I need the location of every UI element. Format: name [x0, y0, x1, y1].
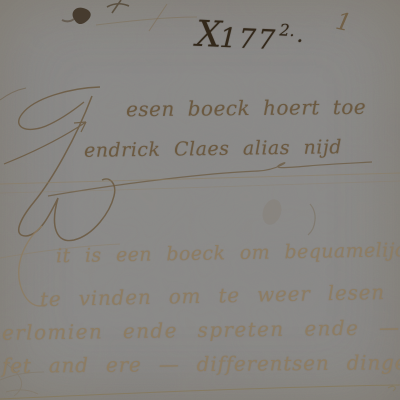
smudge — [259, 197, 284, 227]
description-line-1: it is een boeck om bequamelijcke — [56, 239, 400, 268]
ownership-line-1: esen boeck hoert toe — [126, 95, 366, 122]
description-line-3: erlomien ende spreten ende — — [2, 315, 400, 345]
description-line-4: fet and ere — differentsen dinge — [2, 350, 400, 378]
crease-end-curl — [388, 386, 395, 391]
smudge-stroke — [308, 204, 315, 235]
inscription-prefix: X — [195, 14, 220, 56]
ink-blot — [73, 8, 91, 24]
ownership-line-2: endrick Claes alias nijd — [84, 136, 342, 162]
initial-h-flourish — [0, 87, 115, 241]
crease-line-bottom — [0, 385, 400, 399]
inscription-superscript: 2. — [279, 20, 295, 40]
inscription-dot: · — [296, 29, 304, 54]
header-inscription: X1772.· — [195, 14, 300, 59]
crease-line-mid — [0, 181, 400, 193]
description-line-2: te vinden om te weer lesen aen — [40, 279, 400, 311]
cross-mark — [96, 4, 197, 31]
crease-line-top — [0, 173, 400, 184]
stray-marks — [107, 0, 129, 13]
underline-flourish — [48, 162, 372, 196]
ink-blot-tail — [62, 19, 74, 21]
manuscript-page: X1772.· 1 esen boeck hoert toe endrick C… — [0, 0, 400, 400]
folio-number: 1 — [333, 7, 354, 38]
inscription-digits: 177 — [219, 23, 278, 56]
